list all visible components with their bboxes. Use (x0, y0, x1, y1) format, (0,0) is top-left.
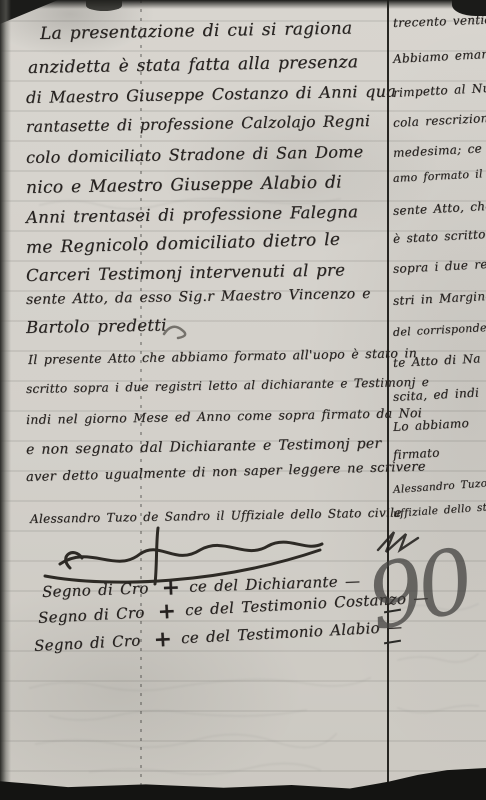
margin-signature-line: uffiziale dello stato civ (393, 499, 486, 520)
margin-note-line: sente Atto, che (393, 199, 486, 218)
margin-note-line: del corrisponden (393, 321, 486, 339)
margin-note-line: Lo abbiamo (393, 416, 470, 434)
manuscript-line: Carceri Testimonj intervenuti al pre (26, 260, 346, 285)
margin-note-line: stri in Margine (393, 289, 486, 308)
page-edge-bottom (0, 766, 486, 800)
margin-signature-line: Alessandro Tuzo da fu (393, 475, 486, 496)
manuscript-line: Anni trentasei di professione Falegna (26, 202, 359, 227)
manuscript-line: Bartolo predetti (26, 316, 167, 337)
manuscript-line: La presentazione di cui si ragiona (40, 19, 353, 44)
margin-note-line: amo formato il pre (393, 166, 486, 185)
cross-mark: + (153, 627, 173, 653)
segno-text-pre: Segno di Cro (38, 603, 145, 627)
margin-note-line: firmato (393, 446, 440, 462)
pencil-number: 90 (358, 529, 477, 651)
manuscript-line: scritto sopra i due registri letto al di… (26, 375, 429, 396)
officer-signature-line: Alessandro Tuzo de Sandro il Uffiziale d… (30, 506, 402, 526)
manuscript-line: rantasette di professione Calzolajo Regn… (26, 112, 371, 136)
page-edge-left (0, 0, 11, 800)
manuscript-line: anzidetta è stata fatta alla presenza (28, 52, 359, 78)
margin-note-line: medesima; ce ne (393, 140, 486, 160)
manuscript-line: e non segnato dal Dichiarante e Testimon… (26, 436, 382, 458)
manuscript-line: aver detto ugualmente di non saper legge… (26, 460, 426, 485)
cross-mark: + (157, 599, 177, 625)
margin-note-line: è stato scritto (393, 227, 486, 246)
segno-text-pre: Segno di Cro (42, 579, 149, 601)
manuscript-line: me Regnicolo domiciliato dietro le (26, 230, 341, 258)
margin-rule-line (387, 0, 389, 782)
manuscript-page: La presentazione di cui si ragiona anzid… (0, 0, 486, 800)
margin-note-line: Abbiamo emar (393, 47, 486, 66)
manuscript-line: indi nel giorno Mese ed Anno come sopra … (26, 405, 422, 427)
manuscript-line: sente Atto, da esso Sig.r Maestro Vincen… (26, 286, 371, 308)
segno-text-post: ce del Testimonio Alabio — (181, 618, 403, 648)
margin-note-line: sopra i due regi (393, 256, 486, 276)
manuscript-line: nico e Maestro Giuseppe Alabio di (26, 172, 342, 198)
page-edge-top (0, 0, 486, 9)
segno-text-pre: Segno di Cro (34, 631, 141, 655)
margin-note-line: cola rescrizione (393, 111, 486, 130)
manuscript-line: colo domiciliato Stradone di San Dome (26, 142, 364, 167)
manuscript-line: di Maestro Giuseppe Costanzo di Anni qua (26, 82, 396, 107)
margin-note-line: rimpetto al Nu (393, 81, 486, 100)
manuscript-line: Il presente Atto che abbiamo formato all… (28, 345, 417, 367)
page-edge-smudge (86, 0, 122, 11)
